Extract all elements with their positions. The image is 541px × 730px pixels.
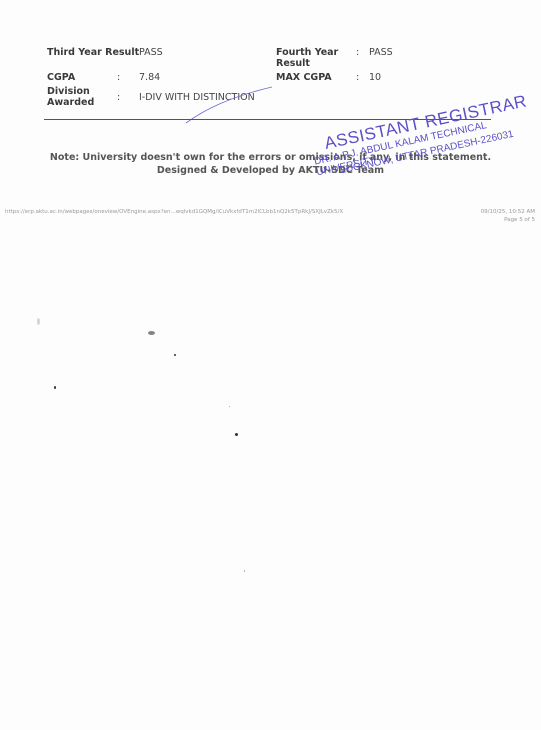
max-cgpa-sep: : [356,72,359,83]
cgpa-value: 7.84 [139,72,160,83]
speck [54,386,56,389]
speck [174,354,176,356]
footer-page-number: Page 5 of 5 [504,217,535,223]
fourth-year-result-sep: : [356,47,359,58]
footer-datetime: 09/10/25, 10:52 AM [481,209,535,215]
max-cgpa-label: MAX CGPA [276,72,332,83]
third-year-result-value: PASS [139,47,163,58]
division-sep: : [117,92,120,103]
cgpa-sep: : [117,72,120,83]
fourth-year-result-value: PASS [369,47,393,58]
fourth-year-result-label: Fourth Year Result [276,47,356,69]
third-year-result-label: Third Year Result [47,47,139,58]
max-cgpa-value: 10 [369,72,381,83]
speck [148,331,155,335]
speck [244,570,245,572]
speck [229,406,230,407]
cgpa-label: CGPA [47,72,75,83]
third-year-result-sep: : [128,47,131,58]
speck [37,318,40,325]
developer-credit: Designed & Developed by AKTU-SDC Team [0,165,541,176]
division-label: Division Awarded [47,86,107,108]
speck [235,433,238,436]
footer-url: https://erp.aktu.ac.in/webpages/oneview/… [5,209,445,215]
